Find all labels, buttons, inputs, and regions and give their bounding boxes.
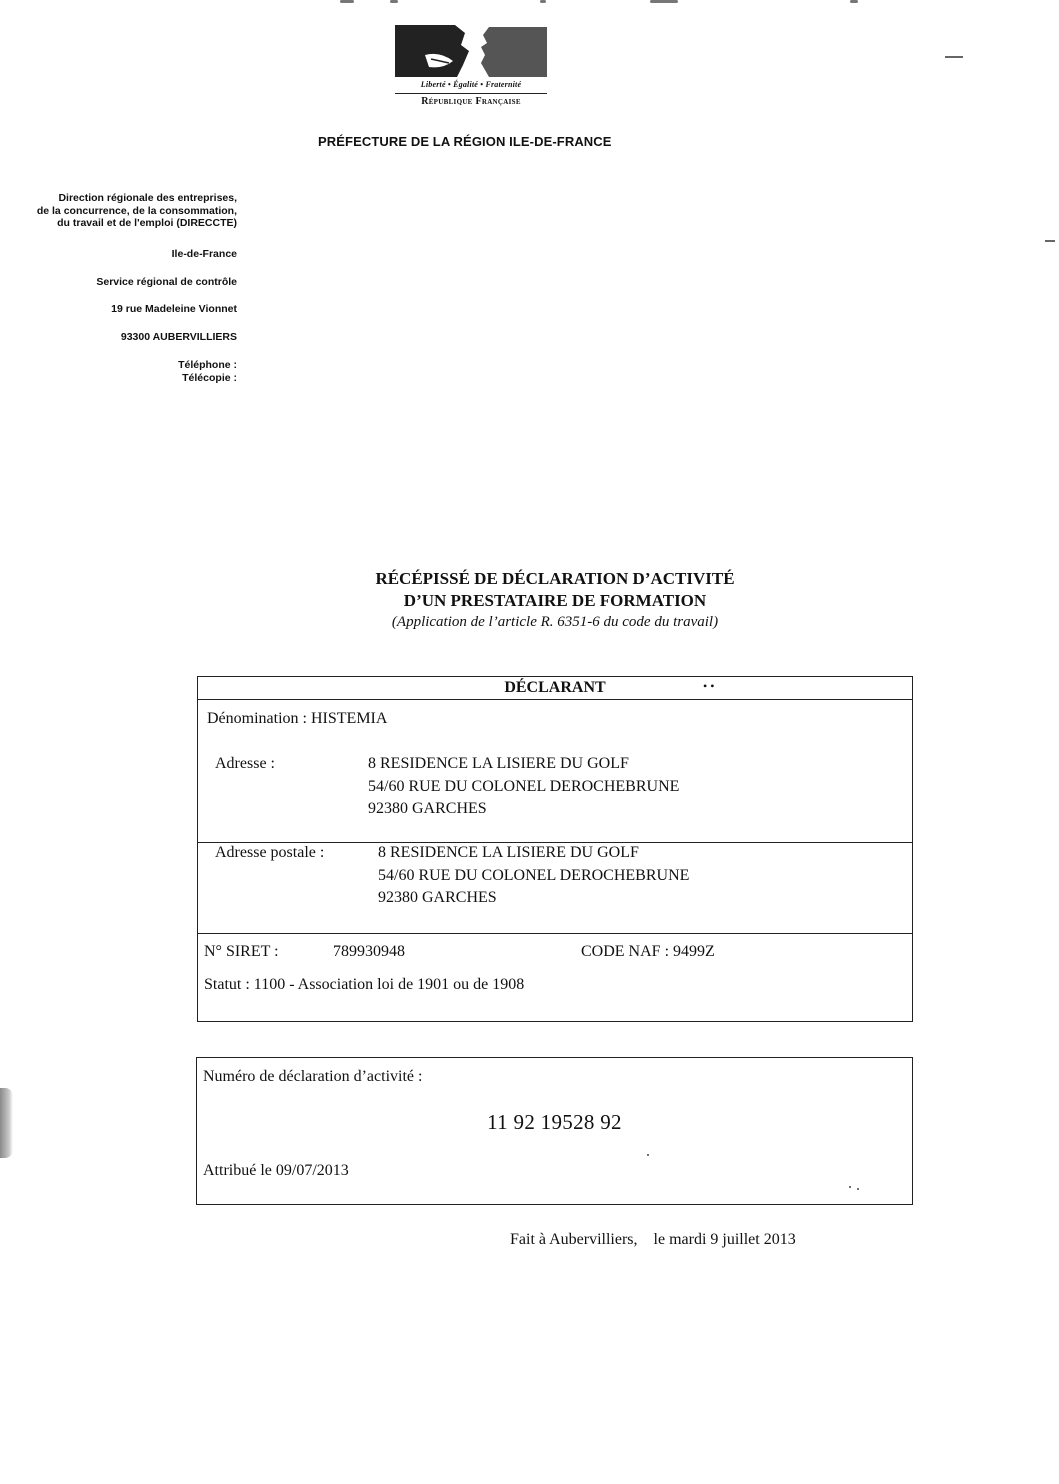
sender-direction-line: du travail et de l'emploi (DIRECCTE): [10, 217, 237, 230]
adresse-line: 8 RESIDENCE LA LISIERE DU GOLF: [368, 753, 679, 776]
document-title: RÉCÉPISSÉ DE DÉCLARATION D’ACTIVITÉ D’UN…: [250, 568, 860, 632]
sender-direction-line: de la concurrence, de la consommation,: [10, 205, 237, 218]
adresse-postale-line: 8 RESIDENCE LA LISIERE DU GOLF: [378, 842, 689, 865]
declarant-heading-text: DÉCLARANT: [504, 679, 605, 696]
sender-block: Direction régionale des entreprises, de …: [10, 192, 237, 230]
scan-edge-shadow: [0, 1088, 13, 1158]
title-line-2: D’UN PRESTATAIRE DE FORMATION: [250, 590, 860, 612]
adresse-line: 92380 GARCHES: [368, 798, 679, 821]
code-naf: CODE NAF : 9499Z: [581, 941, 715, 963]
declaration-number-label: Numéro de déclaration d’activité :: [203, 1068, 422, 1086]
sender-direction: Direction régionale des entreprises, de …: [10, 192, 237, 230]
adresse-postale-line: 92380 GARCHES: [378, 887, 689, 910]
marianne-logo-icon: [395, 25, 547, 77]
sender-service: Service régional de contrôle: [96, 276, 237, 289]
sender-telecopie: Télécopie :: [182, 372, 237, 385]
scan-mark: [945, 56, 963, 58]
declarant-heading: DÉCLARANT • •: [198, 677, 912, 700]
logo-motto: Liberté • Égalité • Fraternité: [395, 80, 547, 89]
sender-city: 93300 AUBERVILLIERS: [121, 331, 237, 344]
declaration-number: 11 92 19528 92: [197, 1110, 912, 1135]
republique-francaise-logo: Liberté • Égalité • Fraternité Républiqu…: [395, 25, 547, 120]
title-line-1: RÉCÉPISSÉ DE DÉCLARATION D’ACTIVITÉ: [250, 568, 860, 590]
adresse-postale-value: 8 RESIDENCE LA LISIERE DU GOLF 54/60 RUE…: [378, 842, 689, 910]
adresse-line: 54/60 RUE DU COLONEL DEROCHEBRUNE: [368, 776, 679, 799]
scan-mark: [1045, 240, 1055, 242]
prefecture-heading: PRÉFECTURE DE LA RÉGION ILE-DE-FRANCE: [318, 134, 612, 149]
adresse-postale-label: Adresse postale :: [215, 842, 324, 864]
sender-region: Ile-de-France: [172, 248, 237, 261]
logo-republique: République Française: [395, 96, 547, 107]
siret-value: 789930948: [333, 941, 405, 963]
siret-label: N° SIRET :: [204, 941, 279, 963]
divider: [198, 933, 912, 934]
sender-direction-line: Direction régionale des entreprises,: [10, 192, 237, 205]
scan-artifact-top: [330, 0, 870, 8]
adresse-postale-line: 54/60 RUE DU COLONEL DEROCHEBRUNE: [378, 865, 689, 888]
statut: Statut : 1100 - Association loi de 1901 …: [204, 974, 524, 996]
scan-speck: • •: [703, 675, 714, 697]
declarant-box: DÉCLARANT • • Dénomination : HISTEMIA Ad…: [197, 676, 913, 1022]
sender-telephone: Téléphone :: [178, 359, 237, 372]
scan-speck: [647, 1154, 649, 1156]
place-and-date: Fait à Aubervilliers, le mardi 9 juillet…: [510, 1231, 796, 1249]
denomination: Dénomination : HISTEMIA: [207, 708, 387, 730]
scan-speck: [849, 1186, 851, 1188]
scan-speck: [857, 1188, 859, 1190]
adresse-value: 8 RESIDENCE LA LISIERE DU GOLF 54/60 RUE…: [368, 753, 679, 821]
title-subtitle: (Application de l’article R. 6351-6 du c…: [250, 612, 860, 632]
declaration-number-box: Numéro de déclaration d’activité : 11 92…: [196, 1057, 913, 1205]
logo-divider: [395, 93, 547, 94]
adresse-label: Adresse :: [215, 753, 275, 775]
sender-street: 19 rue Madeleine Vionnet: [111, 303, 237, 316]
attribution-date: Attribué le 09/07/2013: [203, 1162, 349, 1180]
